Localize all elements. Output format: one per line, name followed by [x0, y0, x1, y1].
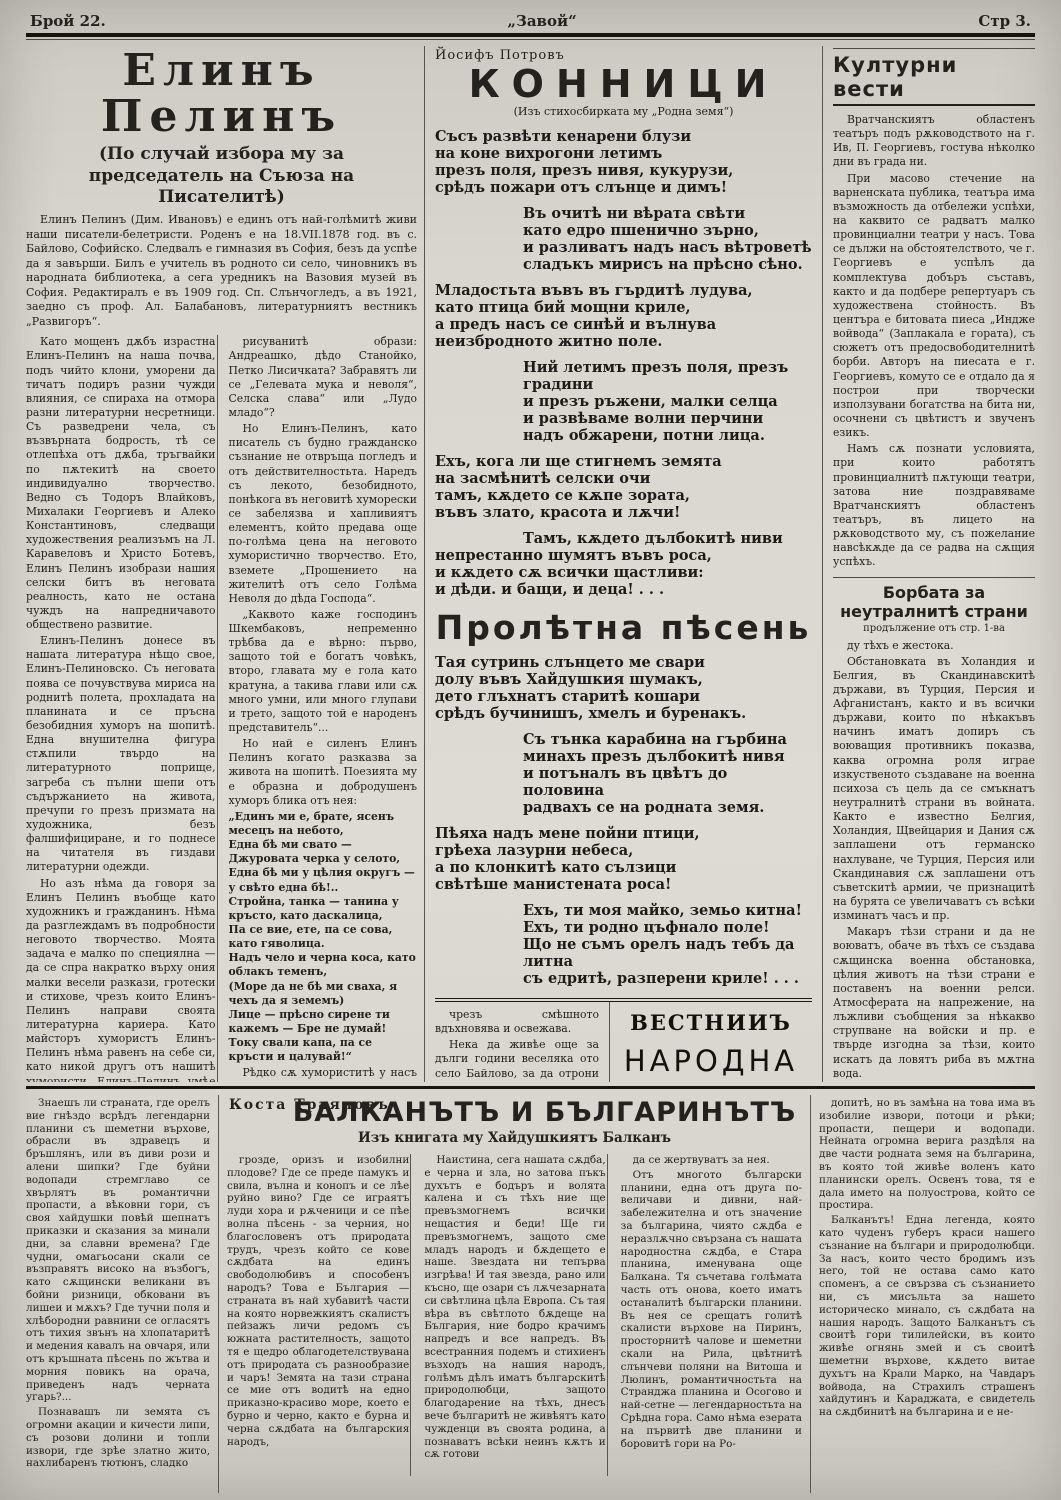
kulturni-vesti-title: Културни вести [833, 53, 1035, 106]
paragraph: Като мощенъ дѫбъ израстна Елинъ-Пелинъ н… [26, 335, 216, 632]
balkan-inner-columns: грозде, оризъ и изобилни плодове? Где се… [227, 1154, 802, 1476]
newspaper-page: Брой 22. „Завой“ Стр 3. Елинъ Пелинъ (По… [0, 0, 1061, 1500]
borbata-title: Борбата за неутралнитѣ страни [833, 583, 1035, 621]
paragraph: Знаешъ ли страната, где орелъ вие гнѣздо… [26, 1097, 210, 1404]
top-section: Елинъ Пелинъ (По случай избора му за пре… [26, 46, 1035, 1082]
poem-stanza: Въ очитѣ ни вѣрата свѣти като едро пшени… [523, 205, 812, 273]
poem-title-konnici: КОННИЦИ [435, 65, 812, 103]
balkan-column-2: грозде, оризъ и изобилни плодове? Где се… [227, 1154, 409, 1476]
article-borbata: Борбата за неутралнитѣ страни продължени… [833, 577, 1035, 1083]
article-column-1: Като мощенъ дѫбъ израстна Елинъ-Пелинъ н… [26, 335, 216, 1082]
poems-column: Йосифъ Потровъ КОННИЦИ (Изъ стихосбиркат… [424, 46, 822, 1082]
paragraph: Обстановката въ Холандия и Белгия, въ Ск… [833, 655, 1035, 924]
article-lead: Елинъ Пелинъ (Дим. Ивановъ) е единъ отъ … [26, 213, 417, 329]
paragraph: чрезъ смѣшното вдъхновява и освежава. [435, 1008, 599, 1036]
paragraph: „Каквото каже господинъ Шкембаковъ, непр… [229, 608, 418, 735]
paragraph: Рѣдко сѫ хумориститѣ у насъ които така г… [229, 1066, 418, 1082]
borbata-subtitle: продължение отъ стр. 1-ва [833, 623, 1035, 634]
header-rule [26, 33, 1035, 40]
paragraph: рисуванитѣ образи: Андреашко, дѣдо Стано… [229, 335, 418, 420]
poem-stanza: Съ тънка карабина на гърбина минахъ през… [523, 731, 812, 816]
article-elin-pelin: Елинъ Пелинъ (По случай избора му за пре… [26, 46, 424, 1082]
ad-line: ВЕСТНИИЪ [630, 1010, 792, 1035]
paragraph: Познавашъ ли земята съ огромни акации и … [26, 1406, 210, 1470]
right-column: Културни вести Вратчанскиятъ областенъ т… [822, 46, 1035, 1082]
paragraph: Наистина, сега нашата сѫдба, е черна и з… [424, 1154, 605, 1461]
paragraph: Намъ сѫ познати условията, при които раб… [833, 442, 1035, 569]
paragraph: Отъ многото български планини, една отъ … [621, 1169, 802, 1451]
paragraph: Елинъ-Пелинъ донесе въ нашата литература… [26, 634, 216, 874]
balkan-subtitle: Изъ книгата му Хайдушкиятъ Балканъ [227, 1130, 802, 1146]
ad-line: НАРОДНА [624, 1044, 798, 1078]
paragraph: Балканътъ! Една легенда, която като чуде… [819, 1214, 1035, 1419]
balkan-byline: Коста Траяновъ [229, 1097, 390, 1113]
bottom-section-balkan: Знаешъ ли страната, где орелъ вие гнѣздо… [26, 1095, 1035, 1493]
paragraph: Но Елинъ-Пелинъ, като писатель съ будно … [229, 422, 418, 606]
balkan-column-3: Наистина, сега нашата сѫдба, е черна и з… [410, 1154, 605, 1476]
section-divider-rule [26, 1086, 1035, 1089]
article-title: Елинъ Пелинъ [26, 48, 417, 140]
paragraph: Но азъ нѣма да говоря за Елинъ Пелинъ въ… [26, 877, 216, 1082]
ad-line: ТЪРСЕТЕ [614, 998, 808, 1001]
article-outro: чрезъ смѣшното вдъхновява и освежава. Не… [435, 1002, 609, 1082]
poem-stanza: Тая сутринь слънцето ме свари долу въвъ … [435, 654, 812, 722]
balkan-column-1: Знаешъ ли страната, где орелъ вие гнѣздо… [26, 1095, 218, 1493]
page-header: Брой 22. „Завой“ Стр 3. [26, 12, 1035, 30]
poem-stanza: Тамъ, кѫдето дълбокитѣ ниви непрестанно … [435, 530, 812, 598]
poem-stanza: Пѣяха надъ мене пойни птици, грѣеха лазу… [435, 825, 812, 893]
paragraph: Но най е силенъ Елинъ Пелинъ когато разк… [229, 737, 418, 808]
poem-stanza: Младостьта въвъ въ гърдитѣ лудува, като … [435, 282, 812, 350]
poem-byline: Йосифъ Потровъ [435, 48, 812, 63]
poem-stanza: Ехъ, кога ли ще стигнемъ земята на засмѣ… [435, 453, 812, 521]
poem-title-proletna: Пролѣтна пѣсень [435, 611, 812, 644]
paragraph: допитѣ, но въ замѣна на това има въ изоб… [819, 1097, 1035, 1212]
page-number: Стр 3. [978, 12, 1031, 30]
balkan-column-5: допитѣ, но въ замѣна на това има въ изоб… [811, 1095, 1035, 1493]
poem-subtitle: (Изъ стихосбирката му „Родна земя“) [435, 105, 812, 118]
paragraph: При масово стечение на варненската публи… [833, 172, 1035, 441]
issue-number: Брой 22. [30, 12, 106, 30]
paragraph: грозде, оризъ и изобилни плодове? Где се… [227, 1154, 409, 1448]
article-outro-and-ad: чрезъ смѣшното вдъхновява и освежава. Не… [435, 998, 812, 1082]
paragraph: да се жертвуватъ за нея. [621, 1154, 802, 1167]
article-columns: Като мощенъ дѫбъ израстна Елинъ-Пелинъ н… [26, 335, 417, 1082]
paragraph: Нека да живѣе още за дълги години веселя… [435, 1038, 599, 1082]
poem-stanza: Съсъ развѣти кенарени блузи на коне вихр… [435, 128, 812, 196]
column-rule [833, 48, 1035, 49]
article-subtitle: (По случай избора му за председатель на … [38, 144, 405, 208]
quoted-poem: „Единъ ми е, брате, ясенъ месецъ на небо… [229, 810, 418, 1065]
poem-stanza: Ехъ, ти моя майко, земьо китна! Ехъ, ти … [523, 902, 812, 987]
balkan-middle: Коста Траяновъ БАЛКАНЪТЪ И БЪЛГАРИНЪТЪ И… [218, 1095, 811, 1493]
balkan-column-4: да се жертвуватъ за нея. Отъ многото бъл… [607, 1154, 802, 1476]
poem-stanza: Ний летимъ презъ поля, презъ градини и п… [523, 359, 812, 444]
masthead: „Завой“ [507, 12, 576, 30]
paragraph: Макаръ тѣзи страни и да не воюватъ, обач… [833, 925, 1035, 1081]
article-column-2: рисуванитѣ образи: Андреашко, дѣдо Стано… [217, 335, 418, 1082]
newspaper-ad-narodna-duma: ТЪРСЕТЕ ВЕСТНИИЪ НАРОДНА ДУМА [609, 1002, 812, 1082]
paragraph: Вратчанскиятъ областенъ театъръ подъ рѫк… [833, 113, 1035, 170]
paragraph: ду тѣхъ е жестока. [833, 639, 1035, 653]
